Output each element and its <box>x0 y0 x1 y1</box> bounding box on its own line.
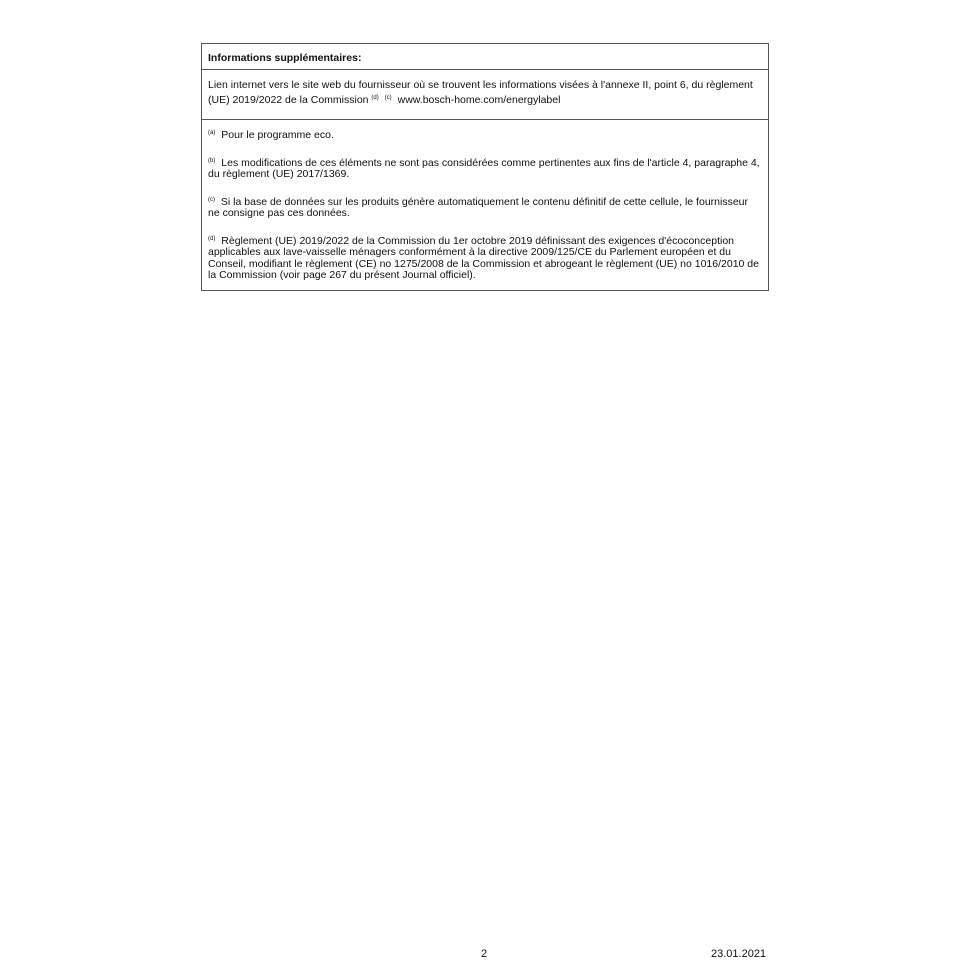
footnote-marker: (d) <box>371 95 378 101</box>
footnote-text: Si la base de données sur les produits g… <box>208 196 748 220</box>
supplier-link-row: Lien internet vers le site web du fourni… <box>202 70 768 120</box>
footnotes-section: (a) Pour le programme eco. (b) Les modif… <box>202 120 768 290</box>
footnote-marker: (a) <box>208 130 215 136</box>
footnote-text: Pour le programme eco. <box>221 129 334 141</box>
footnote-text: Règlement (UE) 2019/2022 de la Commissio… <box>208 235 759 282</box>
footnote-text: Les modifications de ces éléments ne son… <box>208 157 760 181</box>
footnote-marker: (d) <box>208 236 215 242</box>
supplier-url[interactable]: www.bosch-home.com/energylabel <box>398 94 561 106</box>
page-number: 2 <box>481 948 487 960</box>
footnote-marker: (b) <box>208 158 215 164</box>
footnote: (d) Règlement (UE) 2019/2022 de la Commi… <box>208 234 762 282</box>
document-date: 23.01.2021 <box>711 948 766 960</box>
table-header: Informations supplémentaires: <box>202 44 768 70</box>
footnote: (a) Pour le programme eco. <box>208 128 762 142</box>
footnote-marker: (c) <box>208 197 215 203</box>
table-header-label: Informations supplémentaires: <box>208 52 361 64</box>
footnote-marker: (c) <box>385 95 392 101</box>
supplementary-info-table: Informations supplémentaires: Lien inter… <box>201 43 769 291</box>
footnote: (b) Les modifications de ces éléments ne… <box>208 156 762 181</box>
footnote: (c) Si la base de données sur les produi… <box>208 195 762 220</box>
